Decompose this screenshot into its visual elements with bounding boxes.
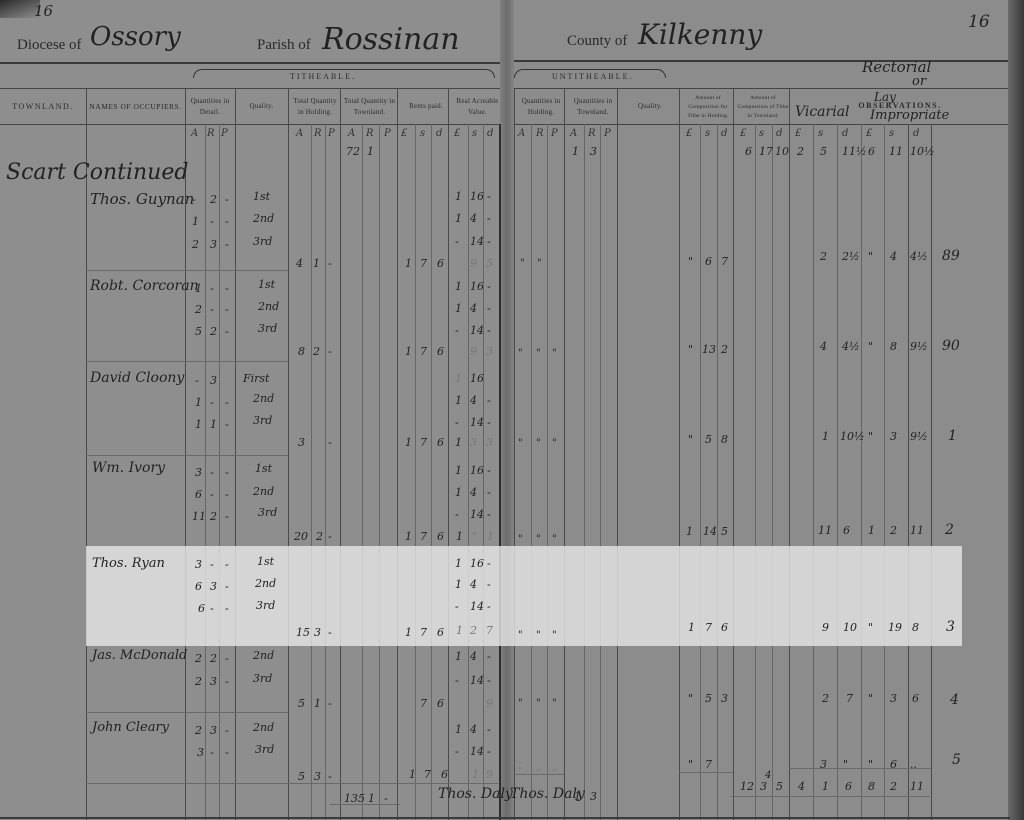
unit-p: P (604, 128, 611, 139)
footer-comp-d: 5 (776, 780, 783, 793)
vline-u-townland (564, 88, 565, 820)
vline-obs-i-s (884, 124, 885, 820)
quality: 2nd (253, 721, 274, 734)
obs-vic-s: 4 (820, 340, 827, 353)
quality: 3rd (253, 672, 272, 685)
total-holding-p: - (328, 530, 332, 543)
diocese-value: Ossory (90, 22, 181, 52)
real-total-d: 9 (486, 697, 493, 710)
row-highlight (86, 546, 962, 646)
value-s: 4 (470, 650, 477, 663)
footer-obs-vic-s: 1 (822, 780, 829, 793)
u-mark: " (552, 348, 557, 359)
footer-obs-vic-d: 6 (845, 780, 852, 793)
comp-holding-s: 7 (705, 621, 712, 634)
footer-obs-imp-d: 11 (910, 780, 924, 793)
vline-obs-i-d (908, 124, 909, 820)
qty-a: - (195, 374, 199, 387)
real-total-l: 1 (456, 530, 463, 543)
unit-r: R (536, 128, 544, 139)
unit-p: P (551, 128, 558, 139)
obs-imp-s: 3 (890, 692, 897, 705)
qty-r: 2 (210, 652, 217, 665)
obs-imp-d: 4½ (910, 250, 928, 263)
value-d: - (487, 600, 491, 613)
page-bottom-edge (0, 817, 1010, 819)
u-mark: " (536, 698, 541, 709)
qty-a: 3 (195, 558, 202, 571)
real-total-d: 5 (486, 257, 493, 270)
footer-obs-imp-s: 2 (890, 780, 897, 793)
comp-holding-d: 6 (721, 621, 728, 634)
qty-r: 3 (210, 675, 217, 688)
occupier-name: Jas. McDonald (92, 648, 187, 663)
obs-imp-d: 8 (912, 621, 919, 634)
top-comp-townland-d: 10 (775, 145, 789, 158)
comp-holding-d: 3 (721, 692, 728, 705)
qty-r: - (210, 602, 214, 615)
value-d: - (487, 650, 491, 663)
vline-u-start (514, 88, 515, 820)
obs-imp-s: 3 (890, 430, 897, 443)
col-townland: TOWNLAND. (0, 101, 86, 112)
value-l: 1 (455, 578, 462, 591)
comp-holding-l: " (688, 255, 693, 268)
col-comp-townland: Amount of Composition of Tithe in Townla… (737, 94, 789, 121)
occupier-name: Thos. Guynan (90, 190, 194, 208)
quality: 3rd (256, 599, 275, 612)
qty-r: 1 (210, 418, 217, 431)
footer-comp-l: 12 (740, 780, 754, 793)
col-comp-holding: Amount of Composition for Tithe in Holdi… (683, 94, 733, 121)
titheable-heading: TITHEABLE. (290, 72, 356, 81)
qty-r: 3 (210, 374, 217, 387)
unit-a: A (570, 128, 577, 139)
unit-shilling: s (889, 128, 894, 139)
top-obs-imp-l: 6 (868, 145, 875, 158)
obs-separator (789, 768, 931, 769)
footer-u-townland-r: 3 (590, 790, 597, 803)
obs-vic-d: 7 (846, 692, 853, 705)
qty-p: - (225, 466, 229, 479)
value-d: - (487, 324, 491, 337)
real-total-d: 3 (486, 436, 493, 449)
unit-p: P (328, 128, 335, 139)
footer-comp-s: 3 (760, 780, 767, 793)
unit-pound: £ (740, 128, 746, 139)
total-holding-p: - (328, 770, 332, 783)
qty-r: - (210, 466, 214, 479)
unit-r: R (588, 128, 596, 139)
value-l: - (455, 235, 459, 248)
vline-ch-d (717, 124, 718, 820)
value-s: 14 (470, 600, 484, 613)
real-total-l: 1 (455, 436, 462, 449)
obs-imp-s: 4 (890, 250, 897, 263)
unit-pound: £ (401, 128, 407, 139)
value-d: - (487, 486, 491, 499)
total-holding-a: 5 (298, 697, 305, 710)
obs-imp-s: 2 (890, 524, 897, 537)
obs-imp-l: 1 (868, 524, 875, 537)
vline-obs-end (931, 124, 932, 820)
value-d: - (487, 508, 491, 521)
obs-imp-s: 19 (888, 621, 902, 634)
qty-a: 1 (195, 282, 202, 295)
total-holding-a: 4 (296, 257, 303, 270)
qty-a: 2 (195, 724, 202, 737)
vline-rents-s (415, 124, 416, 820)
vline-obs-i-l (861, 124, 862, 820)
value-s: 4 (470, 212, 477, 225)
vline-ut-p (600, 124, 601, 820)
comp-holding-s: 13 (702, 343, 716, 356)
value-l: - (455, 745, 459, 758)
qty-r: 3 (210, 238, 217, 251)
top-obs-imp-s: 11 (889, 145, 903, 158)
qty-p: - (225, 675, 229, 688)
vline-total-townland (340, 88, 341, 820)
comp-holding-d: 5 (721, 525, 728, 538)
value-l: 1 (455, 302, 462, 315)
real-total-s: 1 (472, 768, 479, 781)
top-u-townland-a: 1 (572, 145, 579, 158)
total-holding-a: 8 (298, 345, 305, 358)
top-total-townland-r: 1 (367, 145, 374, 158)
obs-vic-s: 1 (822, 430, 829, 443)
real-total-s: 2 (470, 624, 477, 637)
value-s: 16 (470, 280, 484, 293)
qty-p: - (225, 558, 229, 571)
u-mark: " (552, 534, 557, 545)
qty-a: 1 (195, 396, 202, 409)
obs-vic-d: 4½ (842, 340, 860, 353)
col-real-value: Real Acreable Value. (455, 96, 500, 118)
total-holding-p: - (328, 626, 332, 639)
col-header-top-left (0, 88, 500, 89)
qty-a: 1 (192, 215, 199, 228)
unit-pound: £ (686, 128, 692, 139)
rents-l: 1 (405, 626, 412, 639)
value-l: 1 (455, 723, 462, 736)
parish-label: Parish of (257, 37, 311, 54)
qty-r: - (210, 282, 214, 295)
left-page (0, 0, 505, 820)
quality: 1st (255, 462, 272, 475)
top-obs-vic-s: 5 (820, 145, 827, 158)
unit-r: R (366, 128, 374, 139)
value-s: 16 (470, 372, 484, 385)
occupier-name: David Cloony (90, 370, 184, 386)
qty-p: - (225, 602, 229, 615)
u-mark: " (537, 258, 542, 269)
comp-holding-l: 1 (686, 525, 693, 538)
value-l: 1 (455, 394, 462, 407)
obs-vic-d: 10½ (840, 430, 865, 443)
qty-p: - (225, 724, 229, 737)
u-mark: " (552, 438, 557, 449)
obs-imp-l: " (868, 758, 873, 771)
ref-number: 90 (942, 338, 960, 354)
obs-vic-s: 2 (820, 250, 827, 263)
total-holding-r: 2 (316, 530, 323, 543)
quality: 2nd (258, 300, 279, 313)
observations-note-or: or (912, 74, 926, 89)
total-holding-r: 3 (314, 770, 321, 783)
col-rents-paid: Rents paid. (399, 101, 453, 112)
vline-real (448, 88, 449, 820)
value-s: 4 (470, 578, 477, 591)
value-s: 14 (470, 745, 484, 758)
col-header-bottom-right (514, 124, 1008, 125)
qty-a: 1 (195, 418, 202, 431)
quality: 3rd (253, 235, 272, 248)
u-mark: " (518, 438, 523, 449)
qty-a: 5 (195, 325, 202, 338)
obs-vic-s: 11 (818, 524, 832, 537)
rents-l: 1 (405, 436, 412, 449)
quality: 3rd (255, 743, 274, 756)
qty-p: - (225, 303, 229, 316)
total-holding-a: 20 (294, 530, 308, 543)
value-d: - (487, 235, 491, 248)
col-header-top-right (514, 88, 1008, 89)
vline-names (86, 88, 87, 820)
value-s: 16 (470, 464, 484, 477)
real-total-s: 9 (470, 345, 477, 358)
rents-d: 6 (437, 530, 444, 543)
obs-vic-s: 9 (822, 621, 829, 634)
col-u-quality: Quality. (620, 101, 680, 112)
unit-p: P (384, 128, 391, 139)
unit-a: A (296, 128, 303, 139)
u-mark: " (552, 698, 557, 709)
total-holding-p: - (328, 257, 332, 270)
total-holding-r: 3 (314, 626, 321, 639)
comp-holding-d: 2 (721, 343, 728, 356)
footer-obs-vic-l: 4 (798, 780, 805, 793)
comp-holding-s: 5 (705, 692, 712, 705)
qty-a: 2 (195, 675, 202, 688)
qty-p: - (225, 652, 229, 665)
header-rule-left (0, 62, 500, 64)
quality: 3rd (258, 322, 277, 335)
real-total-d: 9 (486, 768, 493, 781)
qty-a: 2 (192, 238, 199, 251)
u-mark: " (518, 698, 523, 709)
value-s: 4 (470, 302, 477, 315)
unit-pence: d (721, 128, 727, 139)
rents-s: 7 (420, 436, 427, 449)
rents-s: 7 (424, 768, 431, 781)
obs-imp-d: 9½ (910, 340, 928, 353)
col-names: NAMES OF OCCUPIERS. (86, 101, 185, 112)
vline-obs-v-s (813, 124, 814, 820)
unit-pence: d (436, 128, 442, 139)
qty-p: - (225, 488, 229, 501)
value-s: 14 (470, 508, 484, 521)
comp-holding-l: 1 (688, 621, 695, 634)
real-total-l: 1 (456, 624, 463, 637)
obs-vic-d: 2½ (842, 250, 860, 263)
vline-u-quality (617, 88, 618, 820)
value-d: - (487, 394, 491, 407)
block-separator (86, 455, 288, 456)
book-edge (1008, 0, 1024, 820)
qty-a: - (192, 193, 196, 206)
rents-l: 1 (409, 768, 416, 781)
qty-p: - (225, 580, 229, 593)
block-separator (86, 270, 288, 271)
vline-obs-v-d (837, 124, 838, 820)
value-s: 4 (470, 486, 477, 499)
u-mark: " (518, 534, 523, 545)
top-obs-imp-d: 10½ (910, 145, 935, 158)
quality: 1st (253, 190, 270, 203)
quality: 3rd (253, 414, 272, 427)
total-holding-p: - (328, 436, 332, 449)
value-d: - (487, 674, 491, 687)
comp-holding-s: 14 (703, 525, 717, 538)
qty-p: - (225, 325, 229, 338)
footer-comp-note: 4 (765, 770, 771, 781)
ref-number: 4 (950, 692, 959, 708)
u-mark: " (536, 438, 541, 449)
obs-imp-l: " (868, 340, 873, 353)
rents-s: 7 (420, 697, 427, 710)
comp-holding-l: " (688, 758, 693, 771)
value-l: 1 (455, 557, 462, 570)
value-s: 14 (470, 235, 484, 248)
value-d: - (487, 212, 491, 225)
u-mark: " (518, 630, 523, 641)
unit-pound: £ (795, 128, 801, 139)
ref-number: 1 (948, 428, 957, 444)
value-l: 1 (455, 372, 462, 385)
comp-holding-s: 6 (705, 255, 712, 268)
top-obs-vic-l: 2 (797, 145, 804, 158)
obs-imp-s: 6 (890, 758, 897, 771)
value-l: - (455, 324, 459, 337)
qty-r: 3 (210, 580, 217, 593)
ref-number: 2 (945, 522, 954, 538)
value-s: 4 (470, 723, 477, 736)
u-mark: " (536, 630, 541, 641)
top-comp-townland-l: 6 (745, 145, 752, 158)
total-holding-p: - (328, 345, 332, 358)
value-d: - (487, 190, 491, 203)
value-d: - (487, 302, 491, 315)
signature-left: Thos. Daly (438, 786, 513, 802)
top-obs-vic-d: 11½ (842, 145, 867, 158)
qty-r: 2 (210, 510, 217, 523)
real-total-s: 9 (470, 257, 477, 270)
qty-r: 2 (210, 325, 217, 338)
value-l: - (455, 508, 459, 521)
footer-underline-right (730, 796, 930, 797)
comp-separator (679, 772, 733, 773)
obs-imp-l: " (868, 250, 873, 263)
occupier-name: Wm. Ivory (92, 460, 165, 476)
quality: 2nd (253, 649, 274, 662)
right-page (505, 0, 1010, 820)
comp-holding-s: 7 (705, 758, 712, 771)
col-header-bottom-left (0, 124, 500, 125)
qty-a: 3 (197, 746, 204, 759)
parish-value: Rossinan (322, 22, 460, 57)
real-total-d: 3 (486, 345, 493, 358)
unit-a: A (518, 128, 525, 139)
unit-shilling: s (759, 128, 764, 139)
obs-imp-l: " (868, 692, 873, 705)
value-l: 1 (455, 190, 462, 203)
value-l: - (455, 674, 459, 687)
vline-tt-p (379, 124, 380, 820)
value-d: - (487, 578, 491, 591)
diocese-label: Diocese of (17, 37, 82, 54)
footer-obs-imp-l: 8 (868, 780, 875, 793)
unit-pence: d (842, 128, 848, 139)
ref-number: 89 (942, 248, 960, 264)
unit-a: A (191, 128, 198, 139)
total-holding-r: 1 (314, 697, 321, 710)
rents-d: 6 (437, 345, 444, 358)
ref-number: 5 (952, 752, 961, 768)
qty-p: - (225, 510, 229, 523)
real-total-d: 1 (487, 530, 494, 543)
real-total-s: " (472, 530, 477, 543)
vline-total-holding (288, 88, 289, 820)
value-d: - (487, 280, 491, 293)
quality: 1st (257, 555, 274, 568)
qty-a: 6 (195, 580, 202, 593)
obs-vic-d: 6 (843, 524, 850, 537)
col-u-qty-townland: Quantities in Townland. (568, 96, 618, 118)
value-d: - (487, 557, 491, 570)
unit-shilling: s (420, 128, 425, 139)
total-holding-a: 15 (296, 626, 310, 639)
rents-d: 6 (437, 257, 444, 270)
qty-p: - (225, 746, 229, 759)
vline-quality (235, 88, 236, 820)
qty-a: 6 (198, 602, 205, 615)
obs-vic-s: 2 (822, 692, 829, 705)
total-holding-r: 2 (313, 345, 320, 358)
value-s: 14 (470, 674, 484, 687)
vline-rents-d (431, 124, 432, 820)
quality: 2nd (255, 577, 276, 590)
top-comp-townland-s: 17 (759, 145, 773, 158)
rents-d: 6 (441, 768, 448, 781)
county-label: County of (567, 33, 627, 50)
rents-s: 7 (420, 345, 427, 358)
occupier-name: Thos. Ryan (92, 556, 165, 571)
value-s: 16 (470, 557, 484, 570)
u-mark: " (520, 258, 525, 269)
unit-shilling: s (705, 128, 710, 139)
total-holding-a: 3 (298, 436, 305, 449)
comp-holding-l: " (688, 343, 693, 356)
col-total-holding: Total Quantity in Holding. (290, 96, 340, 118)
u-mark: " (552, 630, 557, 641)
qty-r: 3 (210, 724, 217, 737)
real-total-s: 3 (470, 436, 477, 449)
obs-imp-d: 6 (912, 692, 919, 705)
unit-p: P (221, 128, 228, 139)
qty-p: - (225, 215, 229, 228)
qty-p: - (225, 418, 229, 431)
value-s: 14 (470, 324, 484, 337)
